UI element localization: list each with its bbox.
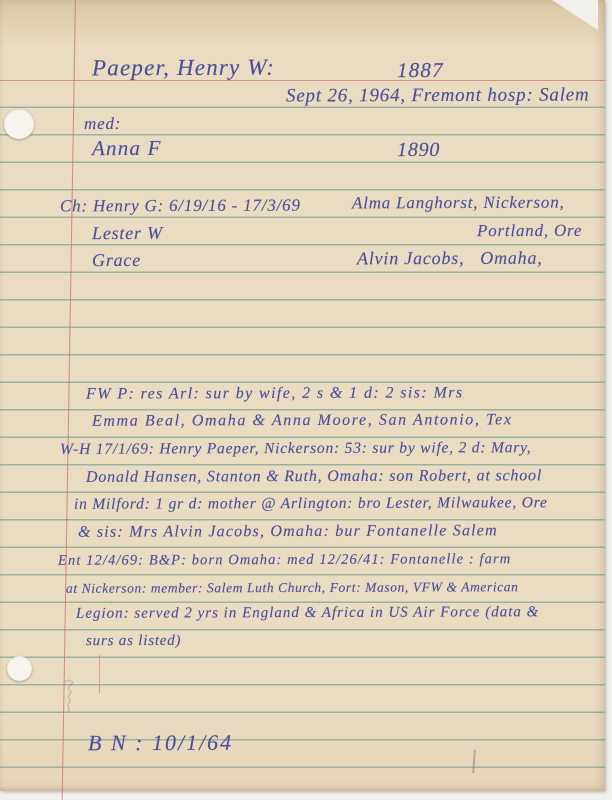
- child-row-name: Grace: [92, 250, 141, 271]
- footer-note: B N : 10/1/64: [88, 730, 233, 757]
- child-row-name: Lester W: [92, 223, 163, 244]
- child-row-note: Alma Langhorst, Nickerson,: [352, 193, 565, 214]
- obituary-line: at Nickerson: member: Salem Luth Church,…: [66, 579, 519, 597]
- red-crease-mark: [99, 655, 100, 693]
- obituary-line: FW P: res Arl: sur by wife, 2 s & 1 d: 2…: [86, 384, 464, 403]
- married-label: med:: [84, 114, 121, 134]
- pencil-smudge: [58, 676, 84, 716]
- child-row-name: Ch: Henry G: 6/19/16 - 17/3/69: [60, 196, 301, 217]
- obituary-line: Donald Hansen, Stanton & Ruth, Omaha: so…: [86, 467, 542, 487]
- obituary-line: Legion: served 2 yrs in England & Africa…: [76, 604, 539, 623]
- obituary-line: Emma Beal, Omaha & Anna Moore, San Anton…: [92, 411, 513, 430]
- obituary-line: surs as listed): [86, 633, 181, 650]
- hole-punch-bottom: [7, 656, 32, 681]
- birth-year: 1887: [397, 58, 444, 83]
- spouse-name: Anna F: [92, 136, 162, 161]
- spouse-birth-year: 1890: [397, 139, 440, 162]
- red-header-rule: [0, 80, 605, 81]
- death-line: Sept 26, 1964, Fremont hosp: Salem: [286, 84, 590, 107]
- obituary-line: W-H 17/1/69: Henry Paeper, Nickerson: 53…: [60, 439, 532, 459]
- obituary-line: in Milford: 1 gr d: mother @ Arlington: …: [74, 494, 548, 514]
- child-row-note: Alvin Jacobs, Omaha,: [357, 248, 543, 270]
- child-row-note: Portland, Ore: [477, 221, 582, 241]
- obituary-line: Ent 12/4/69: B&P: born Omaha: med 12/26/…: [58, 551, 511, 570]
- notebook-page: Paeper, Henry W: 1887 Sept 26, 1964, Fre…: [0, 0, 605, 791]
- obituary-line: & sis: Mrs Alvin Jacobs, Omaha: bur Font…: [78, 522, 498, 541]
- hole-punch-top: [4, 109, 34, 139]
- page-corner-fold: [552, 0, 598, 30]
- person-name: Paeper, Henry W:: [92, 55, 275, 82]
